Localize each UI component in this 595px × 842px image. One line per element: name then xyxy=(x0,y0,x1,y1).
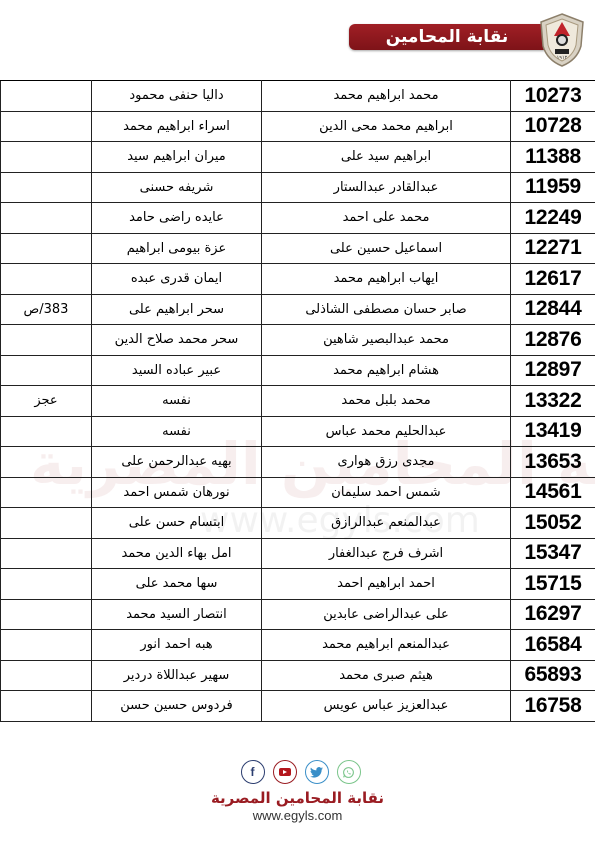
member-name-cell: محمد بلبل محمد xyxy=(262,386,511,417)
whatsapp-phone-glyph xyxy=(342,766,355,779)
member-name-cell: على عبدالراضى عابدين xyxy=(262,599,511,630)
member-name-cell: ابراهيم محمد محى الدين xyxy=(262,111,511,142)
beneficiary-cell: شريفه حسنى xyxy=(92,172,262,203)
note-cell xyxy=(1,691,92,722)
bar-association-emblem-icon: ١٩١٢ xyxy=(537,12,587,68)
table-row: فردوس حسين حسنعبدالعزيز عباس عويس16758 xyxy=(1,691,595,722)
registration-number-cell: 16584 xyxy=(511,630,595,661)
table-row: شريفه حسنىعبدالقادر عبدالستار11959 xyxy=(1,172,595,203)
registration-number-cell: 15715 xyxy=(511,569,595,600)
registration-number-cell: 10728 xyxy=(511,111,595,142)
facebook-icon[interactable]: f xyxy=(241,760,265,784)
note-cell xyxy=(1,233,92,264)
beneficiary-cell: نفسه xyxy=(92,416,262,447)
registration-number-cell: 12876 xyxy=(511,325,595,356)
member-name-cell: عبدالقادر عبدالستار xyxy=(262,172,511,203)
beneficiary-cell: عايده راضى حامد xyxy=(92,203,262,234)
registration-number-cell: 65893 xyxy=(511,660,595,691)
table-row: اسراء ابراهيم محمدابراهيم محمد محى الدين… xyxy=(1,111,595,142)
note-cell: 383/ص xyxy=(1,294,92,325)
note-cell xyxy=(1,142,92,173)
registration-number-cell: 12271 xyxy=(511,233,595,264)
footer-title: نقابة المحامين المصرية xyxy=(0,789,595,807)
member-name-cell: هيثم صبرى محمد xyxy=(262,660,511,691)
page-header: نقابة المحامين المصرية ١٩١٢ xyxy=(0,0,595,78)
table-row: عجزنفسهمحمد بلبل محمد13322 xyxy=(1,386,595,417)
table-row: داليا حنفى محمودمحمد ابراهيم محمد10273 xyxy=(1,81,595,112)
member-name-cell: عبدالحليم محمد عباس xyxy=(262,416,511,447)
note-cell xyxy=(1,203,92,234)
beneficiary-cell: امل بهاء الدين محمد xyxy=(92,538,262,569)
note-cell xyxy=(1,81,92,112)
table-row: امل بهاء الدين محمداشرف فرج عبدالغفار153… xyxy=(1,538,595,569)
table-row: 383/صسحر ابراهيم علىصابر حسان مصطفى الشا… xyxy=(1,294,595,325)
note-cell xyxy=(1,325,92,356)
member-name-cell: محمد ابراهيم محمد xyxy=(262,81,511,112)
beneficiary-cell: سحر ابراهيم على xyxy=(92,294,262,325)
beneficiary-cell: انتصار السيد محمد xyxy=(92,599,262,630)
twitter-icon[interactable] xyxy=(305,760,329,784)
table-row: عايده راضى حامدمحمد على احمد12249 xyxy=(1,203,595,234)
facebook-glyph: f xyxy=(251,765,255,779)
member-name-cell: صابر حسان مصطفى الشاذلى xyxy=(262,294,511,325)
note-cell xyxy=(1,264,92,295)
registration-number-cell: 16297 xyxy=(511,599,595,630)
note-cell xyxy=(1,630,92,661)
registration-number-cell: 13419 xyxy=(511,416,595,447)
table-row: ايمان قدرى عبدهايهاب ابراهيم محمد12617 xyxy=(1,264,595,295)
member-name-cell: اسماعيل حسين على xyxy=(262,233,511,264)
note-cell xyxy=(1,172,92,203)
beneficiary-cell: بهيه عبدالرحمن على xyxy=(92,447,262,478)
header-title-banner: نقابة المحامين المصرية xyxy=(349,24,545,50)
member-name-cell: ايهاب ابراهيم محمد xyxy=(262,264,511,295)
member-name-cell: ابراهيم سيد على xyxy=(262,142,511,173)
note-cell xyxy=(1,447,92,478)
youtube-icon[interactable] xyxy=(273,760,297,784)
note-cell xyxy=(1,599,92,630)
twitter-bird-glyph xyxy=(310,767,323,778)
table-row: ميران ابراهيم سيدابراهيم سيد على11388 xyxy=(1,142,595,173)
social-icons: f xyxy=(6,760,595,784)
table-row: سهير عبداللاة درديرهيثم صبرى محمد65893 xyxy=(1,660,595,691)
note-cell: عجز xyxy=(1,386,92,417)
table-row: سها محمد علىاحمد ابراهيم احمد15715 xyxy=(1,569,595,600)
table-row: نورهان شمس احمدشمس احمد سليمان14561 xyxy=(1,477,595,508)
registration-number-cell: 13322 xyxy=(511,386,595,417)
member-name-cell: هشام ابراهيم محمد xyxy=(262,355,511,386)
table-row: عزة بيومى ابراهيماسماعيل حسين على12271 xyxy=(1,233,595,264)
whatsapp-icon[interactable] xyxy=(337,760,361,784)
member-name-cell: اشرف فرج عبدالغفار xyxy=(262,538,511,569)
registration-number-cell: 12249 xyxy=(511,203,595,234)
beneficiary-cell: عبير عباده السيد xyxy=(92,355,262,386)
beneficiary-cell: سحر محمد صلاح الدين xyxy=(92,325,262,356)
member-name-cell: شمس احمد سليمان xyxy=(262,477,511,508)
registration-number-cell: 15052 xyxy=(511,508,595,539)
table-row: سحر محمد صلاح الدينمحمد عبدالبصير شاهين1… xyxy=(1,325,595,356)
beneficiary-cell: نفسه xyxy=(92,386,262,417)
table-row: انتصار السيد محمدعلى عبدالراضى عابدين162… xyxy=(1,599,595,630)
youtube-play-glyph xyxy=(279,768,291,776)
registration-number-cell: 13653 xyxy=(511,447,595,478)
beneficiary-cell: هبه احمد انور xyxy=(92,630,262,661)
beneficiary-cell: ابتسام حسن على xyxy=(92,508,262,539)
note-cell xyxy=(1,416,92,447)
table-row: نفسهعبدالحليم محمد عباس13419 xyxy=(1,416,595,447)
footer-website-link[interactable]: www.egyls.com xyxy=(0,808,595,823)
page-footer: f نقابة المحامين المصرية www.egyls.com xyxy=(0,760,595,842)
note-cell xyxy=(1,508,92,539)
note-cell xyxy=(1,538,92,569)
table-row: ابتسام حسن علىعبدالمنعم عبدالرازق15052 xyxy=(1,508,595,539)
registration-number-cell: 12897 xyxy=(511,355,595,386)
beneficiary-cell: عزة بيومى ابراهيم xyxy=(92,233,262,264)
member-name-cell: احمد ابراهيم احمد xyxy=(262,569,511,600)
note-cell xyxy=(1,477,92,508)
member-name-cell: عبدالعزيز عباس عويس xyxy=(262,691,511,722)
registration-number-cell: 11959 xyxy=(511,172,595,203)
registration-number-cell: 12617 xyxy=(511,264,595,295)
member-name-cell: مجدى رزق هوارى xyxy=(262,447,511,478)
members-table: داليا حنفى محمودمحمد ابراهيم محمد10273اس… xyxy=(0,80,595,722)
beneficiary-cell: داليا حنفى محمود xyxy=(92,81,262,112)
svg-text:١٩١٢: ١٩١٢ xyxy=(557,55,568,61)
note-cell xyxy=(1,569,92,600)
registration-number-cell: 11388 xyxy=(511,142,595,173)
beneficiary-cell: فردوس حسين حسن xyxy=(92,691,262,722)
table-row: هبه احمد انورعبدالمنعم ابراهيم محمد16584 xyxy=(1,630,595,661)
beneficiary-cell: سها محمد على xyxy=(92,569,262,600)
beneficiary-cell: نورهان شمس احمد xyxy=(92,477,262,508)
registration-number-cell: 14561 xyxy=(511,477,595,508)
table-row: عبير عباده السيدهشام ابراهيم محمد12897 xyxy=(1,355,595,386)
member-name-cell: عبدالمنعم عبدالرازق xyxy=(262,508,511,539)
beneficiary-cell: ايمان قدرى عبده xyxy=(92,264,262,295)
member-name-cell: محمد على احمد xyxy=(262,203,511,234)
note-cell xyxy=(1,355,92,386)
table-row: بهيه عبدالرحمن علىمجدى رزق هوارى13653 xyxy=(1,447,595,478)
member-name-cell: محمد عبدالبصير شاهين xyxy=(262,325,511,356)
beneficiary-cell: سهير عبداللاة دردير xyxy=(92,660,262,691)
registration-number-cell: 10273 xyxy=(511,81,595,112)
member-name-cell: عبدالمنعم ابراهيم محمد xyxy=(262,630,511,661)
registration-number-cell: 12844 xyxy=(511,294,595,325)
registration-number-cell: 15347 xyxy=(511,538,595,569)
note-cell xyxy=(1,660,92,691)
registration-number-cell: 16758 xyxy=(511,691,595,722)
beneficiary-cell: ميران ابراهيم سيد xyxy=(92,142,262,173)
note-cell xyxy=(1,111,92,142)
beneficiary-cell: اسراء ابراهيم محمد xyxy=(92,111,262,142)
